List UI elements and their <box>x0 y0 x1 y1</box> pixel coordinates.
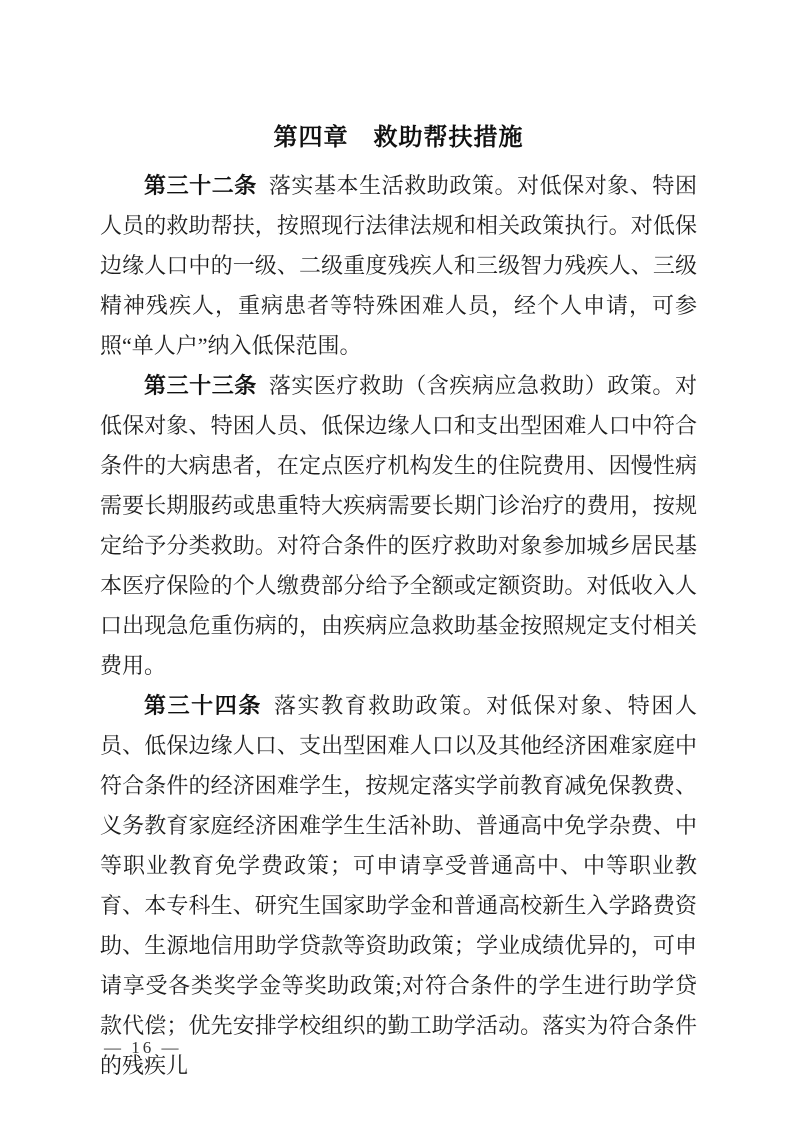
article-33-number: 第三十三条 <box>144 373 257 398</box>
article-32-number: 第三十二条 <box>144 173 257 198</box>
article-33: 第三十三条落实医疗救助（含疾病应急救助）政策。对低保对象、特困人员、低保边缘人口… <box>100 366 697 686</box>
article-32: 第三十二条落实基本生活救助政策。对低保对象、特困人员的救助帮扶，按照现行法律法规… <box>100 166 697 366</box>
page-number: — 16 — <box>104 1038 182 1057</box>
article-34: 第三十四条落实教育救助政策。对低保对象、特困人员、低保边缘人口、支出型困难人口以… <box>100 686 697 1086</box>
article-33-text: 落实医疗救助（含疾病应急救助）政策。对低保对象、特困人员、低保边缘人口和支出型困… <box>100 373 697 678</box>
article-32-text: 落实基本生活救助政策。对低保对象、特困人员的救助帮扶，按照现行法律法规和相关政策… <box>100 173 697 358</box>
article-34-number: 第三十四条 <box>144 693 262 718</box>
chapter-title: 第四章 救助帮扶措施 <box>100 118 697 158</box>
document-page: 第四章 救助帮扶措施 第三十二条落实基本生活救助政策。对低保对象、特困人员的救助… <box>0 0 793 1122</box>
article-34-text: 落实教育救助政策。对低保对象、特困人员、低保边缘人口、支出型困难人口以及其他经济… <box>100 693 697 1078</box>
page-footer: — 16 — <box>104 1038 182 1058</box>
